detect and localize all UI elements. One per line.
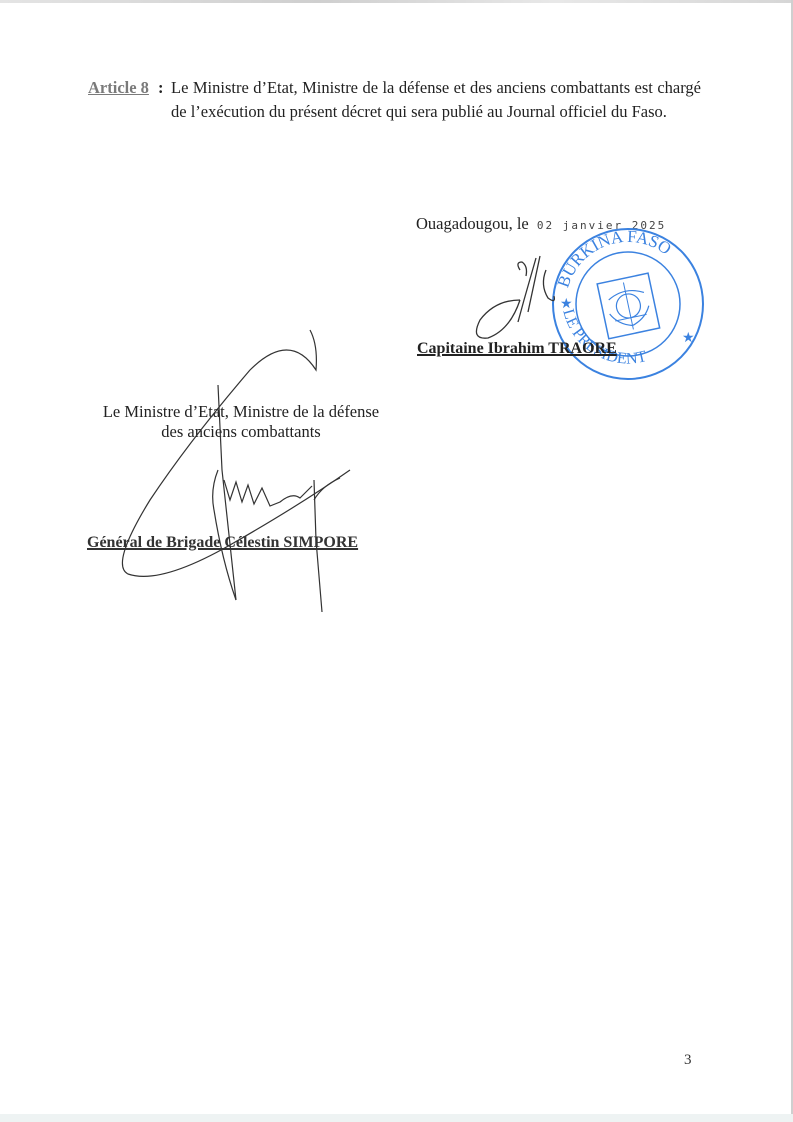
signing-date: 02 janvier 2025 — [537, 219, 666, 232]
place-date: Ouagadougou, le 02 janvier 2025 — [416, 214, 666, 234]
president-name: Capitaine Ibrahim TRAORE — [417, 340, 617, 358]
stamp-bottom-text: LE PRESIDENT — [559, 307, 648, 367]
star-icon: ★ — [682, 331, 695, 346]
article-colon: : — [158, 76, 164, 100]
place-prefix: Ouagadougou, le — [416, 214, 529, 233]
page-number: 3 — [684, 1052, 692, 1069]
article-label: Article 8 — [88, 76, 149, 100]
president-signature-stamp: BURKINA FASO LE PRESIDENT ★ ★ — [0, 0, 793, 1122]
star-icon: ★ — [560, 297, 573, 312]
scan-bottom-edge — [0, 1114, 793, 1122]
minister-title-line1: Le Ministre d’Etat, Ministre de la défen… — [86, 402, 396, 422]
minister-title: Le Ministre d’Etat, Ministre de la défen… — [86, 402, 396, 442]
scan-top-edge — [0, 0, 793, 3]
president-signature — [476, 256, 554, 338]
minister-name: Général de Brigade Célestin SIMPORE — [87, 534, 358, 552]
coat-of-arms-icon — [597, 273, 660, 339]
minister-title-line2: des anciens combattants — [86, 422, 396, 442]
minister-signature — [0, 0, 793, 1122]
article-text: Le Ministre d’Etat, Ministre de la défen… — [171, 76, 701, 124]
stamp-top-text: BURKINA FASO — [554, 227, 675, 290]
